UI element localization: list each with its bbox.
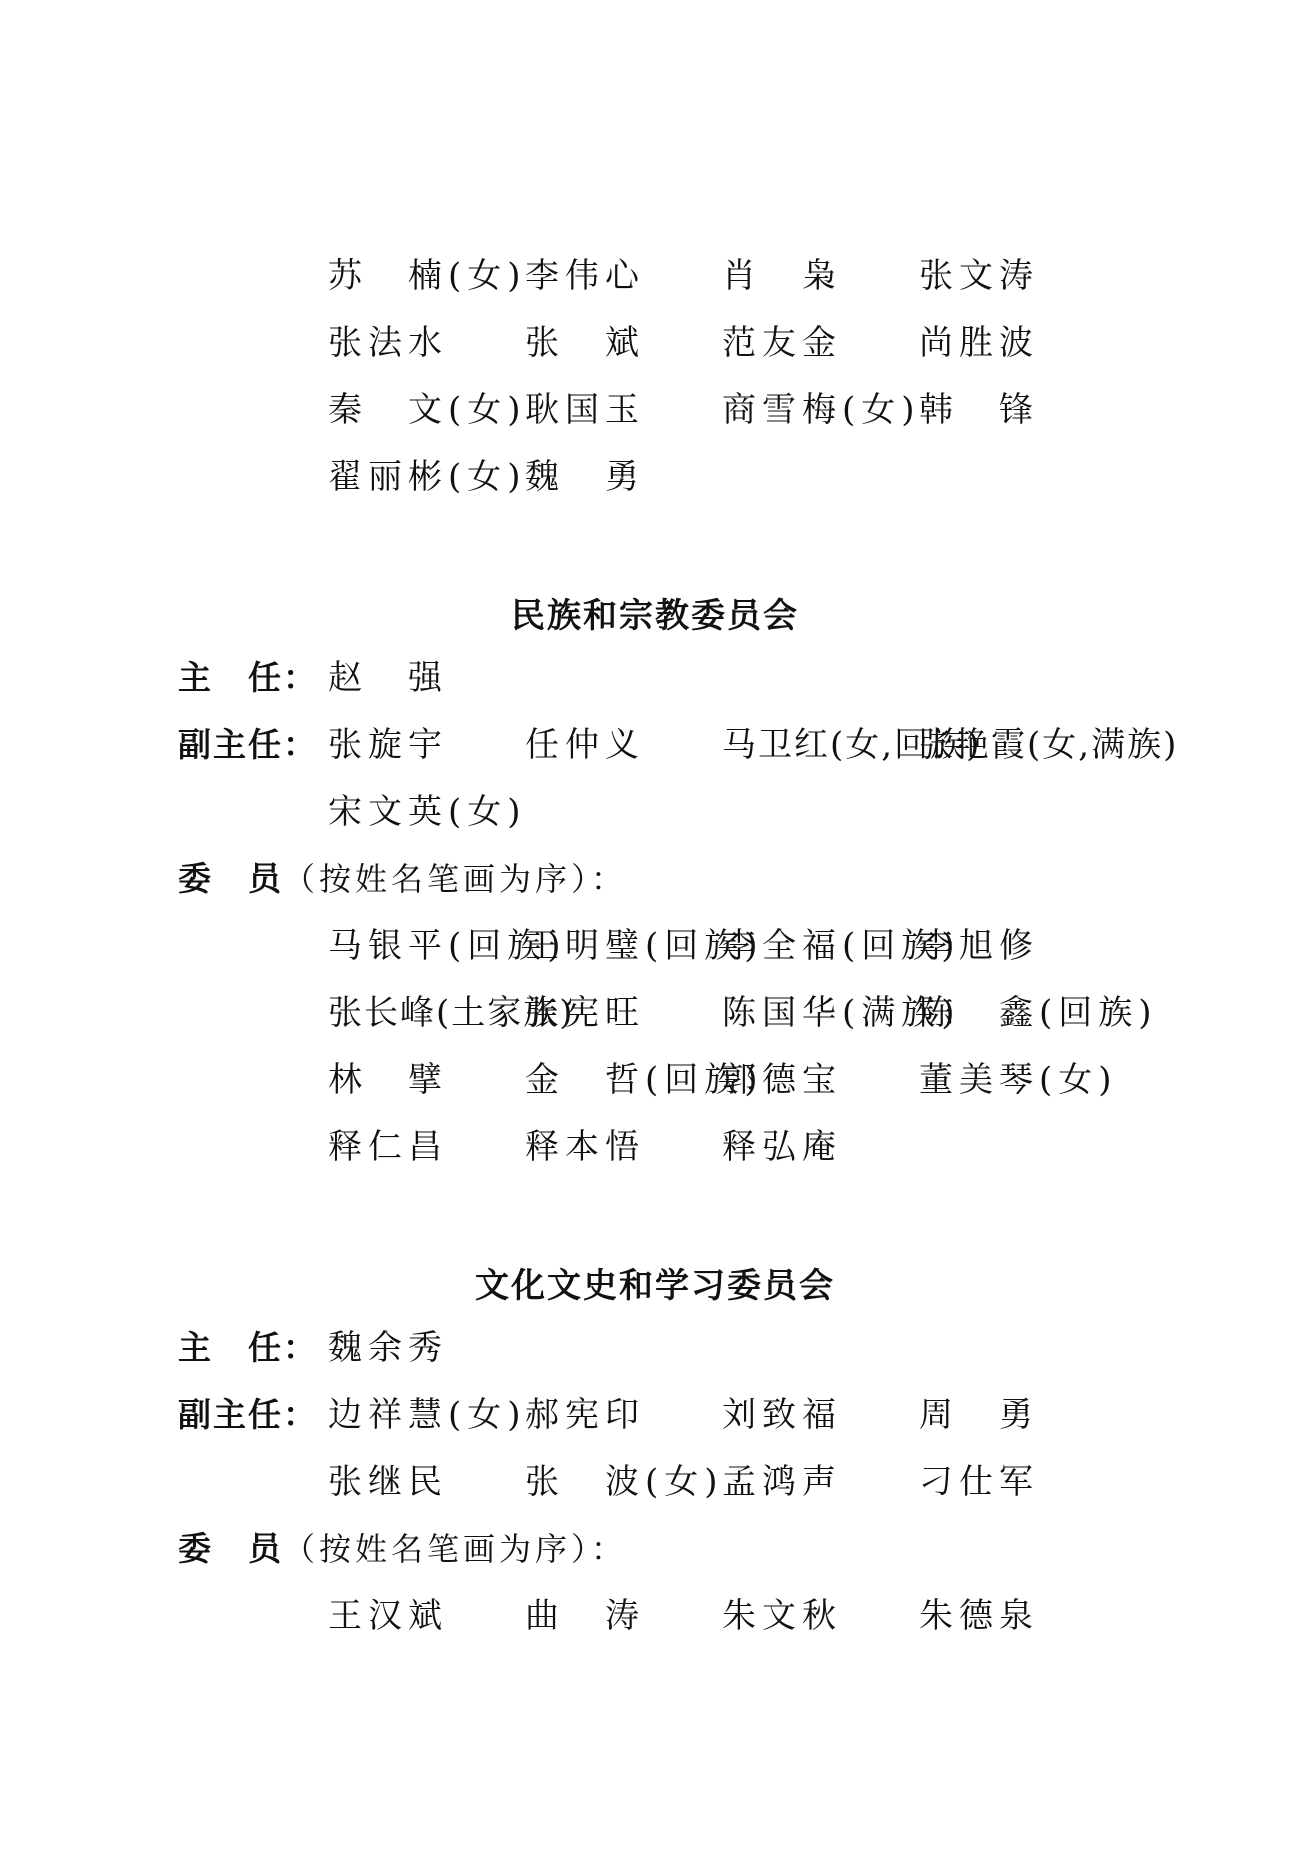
member-name: 郭德宝 <box>722 1056 842 1104</box>
member-name: 商雪梅(女) <box>722 386 921 434</box>
member-name: 释弘庵 <box>722 1123 842 1171</box>
member-name: 韩 锋 <box>919 386 1039 434</box>
deputy-label: 副主任： <box>178 1391 318 1439</box>
member-name: 范友金 <box>722 319 842 367</box>
member-name: 李旭修 <box>919 922 1039 970</box>
deputy-name: 刁仕军 <box>919 1458 1039 1506</box>
member-name: 张宪旺 <box>525 989 645 1037</box>
document-page: 苏 楠(女) 李伟心 肖 枭 张文涛 张法水 张 斌 范友金 尚胜波 秦 文(女… <box>0 0 1310 1871</box>
member-name: 张文涛 <box>919 252 1039 300</box>
member-name: 翟丽彬(女) <box>328 453 527 501</box>
member-name: 释仁昌 <box>328 1123 448 1171</box>
deputy-name: 郝宪印 <box>525 1391 645 1439</box>
deputy-name: 张 波(女) <box>525 1458 724 1506</box>
director-label: 主 任： <box>178 1324 318 1372</box>
deputy-name: 宋文英(女) <box>328 788 527 836</box>
deputy-name: 刘致福 <box>722 1391 842 1439</box>
member-name: 朱德泉 <box>919 1592 1039 1640</box>
member-name: 李伟心 <box>525 252 645 300</box>
member-name: 张法水 <box>328 319 448 367</box>
director-name: 魏余秀 <box>328 1324 448 1372</box>
director-label: 主 任： <box>178 654 318 702</box>
deputy-name: 张艳霞(女,满族) <box>919 721 1178 769</box>
deputy-label: 副主任： <box>178 721 318 769</box>
member-name: 秦 文(女) <box>328 386 527 434</box>
section-title: 文化文史和学习委员会 <box>0 1258 1310 1307</box>
deputy-name: 张旋宇 <box>328 721 448 769</box>
members-sort-note: （按姓名笔画为序）： <box>283 1530 627 1568</box>
members-sort-note: （按姓名笔画为序）： <box>283 860 627 898</box>
deputy-name: 任仲义 <box>525 721 645 769</box>
members-label: 委 员 <box>178 1529 283 1568</box>
member-name: 林 擘 <box>328 1056 448 1104</box>
member-name: 曲 涛 <box>525 1592 645 1640</box>
member-name: 释本悟 <box>525 1123 645 1171</box>
deputy-name: 张继民 <box>328 1458 448 1506</box>
member-name: 张 斌 <box>525 319 645 367</box>
members-label-wrap: 委 员（按姓名笔画为序）： <box>178 855 627 903</box>
member-name: 董美琴(女) <box>919 1056 1118 1104</box>
members-label: 委 员 <box>178 859 283 898</box>
member-name: 王汉斌 <box>328 1592 448 1640</box>
deputy-name: 周 勇 <box>919 1391 1039 1439</box>
member-name: 魏 勇 <box>525 453 645 501</box>
member-name: 耿国玉 <box>525 386 645 434</box>
member-name: 尚胜波 <box>919 319 1039 367</box>
member-name: 肖 枭 <box>722 252 842 300</box>
members-label-wrap: 委 员（按姓名笔画为序）： <box>178 1525 627 1573</box>
member-name: 陈 鑫(回族) <box>919 989 1158 1037</box>
deputy-name: 边祥慧(女) <box>328 1391 527 1439</box>
section-title: 民族和宗教委员会 <box>0 588 1310 637</box>
member-name: 朱文秋 <box>722 1592 842 1640</box>
member-name: 苏 楠(女) <box>328 252 527 300</box>
deputy-name: 孟鸿声 <box>722 1458 842 1506</box>
director-name: 赵 强 <box>328 654 448 702</box>
